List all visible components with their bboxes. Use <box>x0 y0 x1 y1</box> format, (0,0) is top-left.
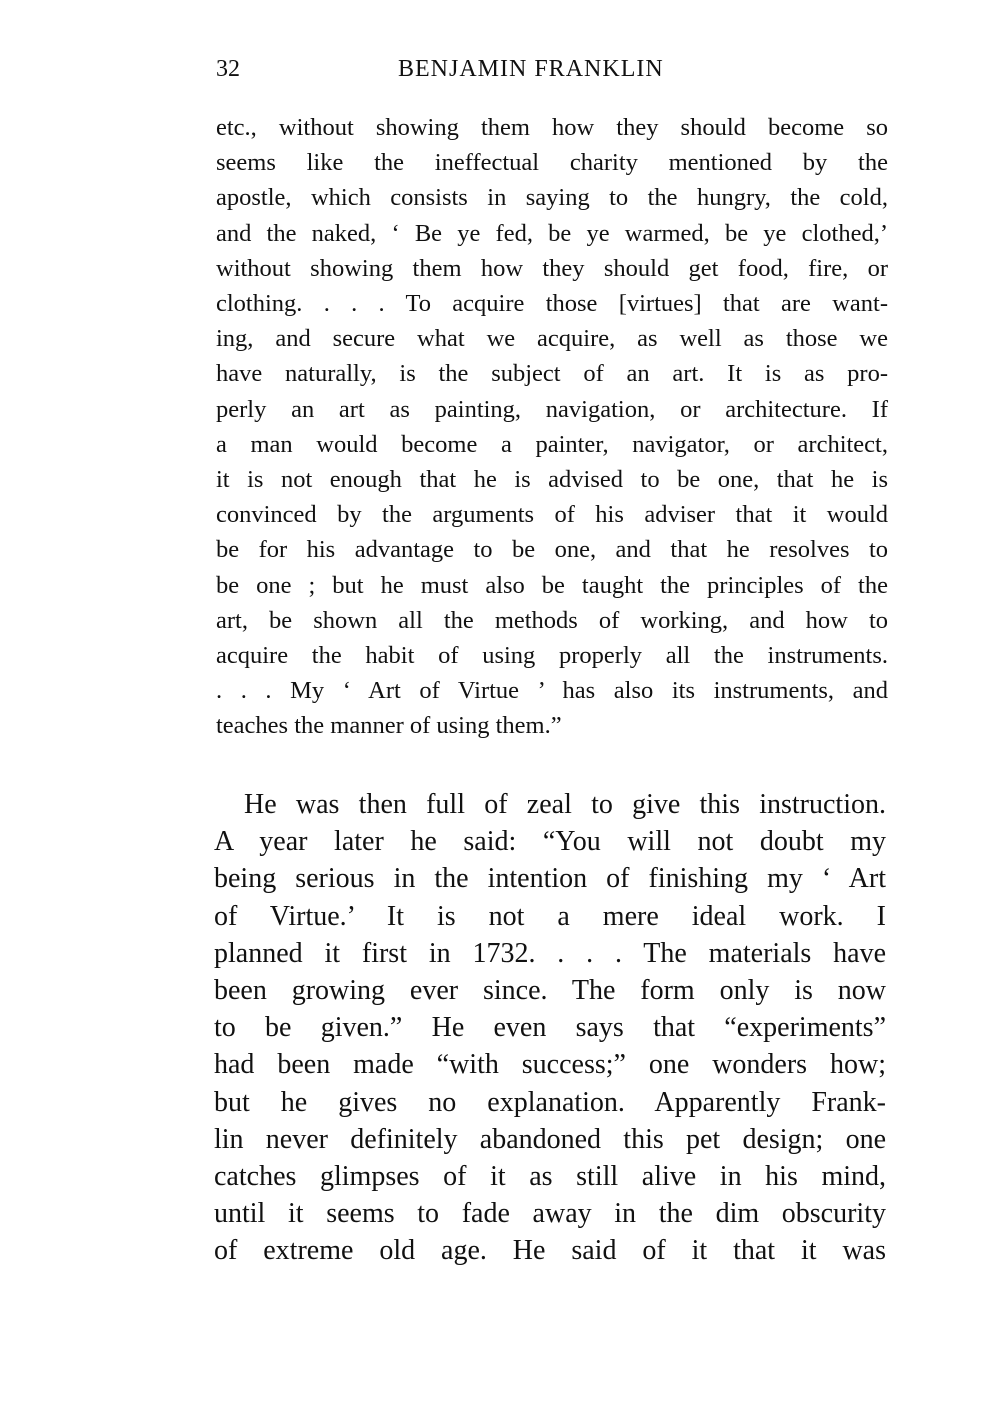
paragraph-line: planned it first in 1732. . . . The mate… <box>214 935 886 972</box>
quote-line: a man would become a painter, navigator,… <box>216 427 888 462</box>
quote-line: . . . My ‘ Art of Virtue ’ has also its … <box>216 673 888 708</box>
body-paragraph: He was then full of zeal to give this in… <box>214 786 886 1270</box>
quote-line: convinced by the arguments of his advise… <box>216 497 888 532</box>
paragraph-line: catches glimpses of it as still alive in… <box>214 1158 886 1195</box>
quote-line: art, be shown all the methods of working… <box>216 603 888 638</box>
quote-line: teaches the manner of using them.” <box>216 708 888 743</box>
running-title: BENJAMIN FRANKLIN <box>398 56 664 83</box>
quote-line: clothing. . . . To acquire those [virtue… <box>216 286 888 321</box>
paragraph-line: A year later he said: “You will not doub… <box>214 823 886 860</box>
paragraph-line: He was then full of zeal to give this in… <box>214 786 886 823</box>
quote-line: etc., without showing them how they shou… <box>216 110 888 145</box>
quote-line: be for his advantage to be one, and that… <box>216 532 888 567</box>
paragraph-line: being serious in the intention of finish… <box>214 860 886 897</box>
page-header: 32 BENJAMIN FRANKLIN <box>216 56 886 88</box>
paragraph-line: until it seems to fade away in the dim o… <box>214 1195 886 1232</box>
quote-line: without showing them how they should get… <box>216 251 888 286</box>
paragraph-line: had been made “with success;” one wonder… <box>214 1046 886 1083</box>
quote-line: ing, and secure what we acquire, as well… <box>216 321 888 356</box>
paragraph-line: of Virtue.’ It is not a mere ideal work.… <box>214 898 886 935</box>
quote-line: seems like the ineffectual charity menti… <box>216 145 888 180</box>
paragraph-line: to be given.” He even says that “experim… <box>214 1009 886 1046</box>
quote-line: perly an art as painting, navigation, or… <box>216 392 888 427</box>
quote-line: it is not enough that he is advised to b… <box>216 462 888 497</box>
quote-line: be one ; but he must also be taught the … <box>216 568 888 603</box>
paragraph-line: been growing ever since. The form only i… <box>214 972 886 1009</box>
paragraph-line: of extreme old age. He said of it that i… <box>214 1232 886 1269</box>
quote-line: and the naked, ‘ Be ye fed, be ye warmed… <box>216 216 888 251</box>
quoted-passage: etc., without showing them how they shou… <box>216 110 888 744</box>
paragraph-line: but he gives no explanation. Apparently … <box>214 1084 886 1121</box>
quote-line: have naturally, is the subject of an art… <box>216 356 888 391</box>
paragraph-line: lin never definitely abandoned this pet … <box>214 1121 886 1158</box>
quote-line: apostle, which consists in saying to the… <box>216 180 888 215</box>
page-number: 32 <box>216 56 240 83</box>
quote-line: acquire the habit of using properly all … <box>216 638 888 673</box>
